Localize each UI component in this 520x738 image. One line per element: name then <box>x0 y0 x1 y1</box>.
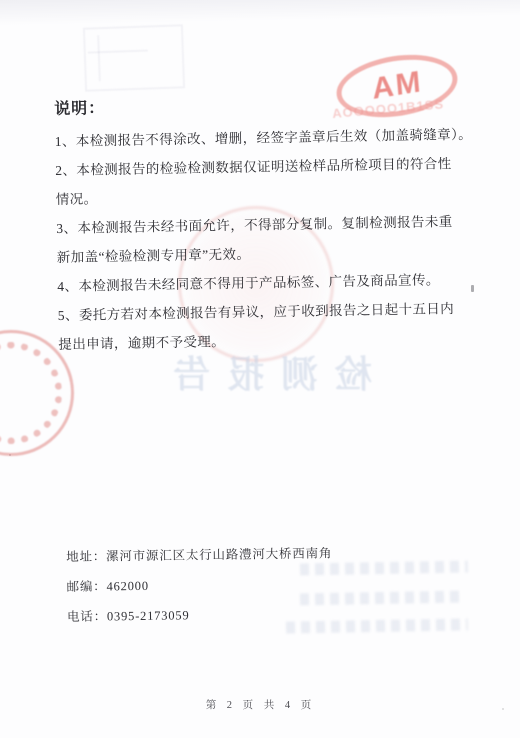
left-seal-character-ring <box>0 342 62 444</box>
address-line: 地址：漯河市源汇区太行山路澧河大桥西南角 <box>66 538 332 572</box>
notes-section: 说明： 1、本检测报告不得涂改、增删，经签字盖章后生效（加盖骑缝章）。 2、本检… <box>54 88 489 358</box>
page-number-footer: 第 2 页 共 4 页 <box>0 697 520 712</box>
contact-block: 地址：漯河市源汇区太行山路澧河大桥西南角 邮编：462000 电话：0395-2… <box>66 538 333 632</box>
notes-heading: 说明： <box>54 88 484 119</box>
note-line-5b: 提出申请，逾期不予受理。 <box>58 322 488 359</box>
phone-line: 电话：0395-2173059 <box>67 598 333 632</box>
postcode-line: 邮编：462000 <box>66 568 332 602</box>
scan-top-shade <box>0 0 520 26</box>
bleedthrough-box-watermark <box>83 24 185 91</box>
